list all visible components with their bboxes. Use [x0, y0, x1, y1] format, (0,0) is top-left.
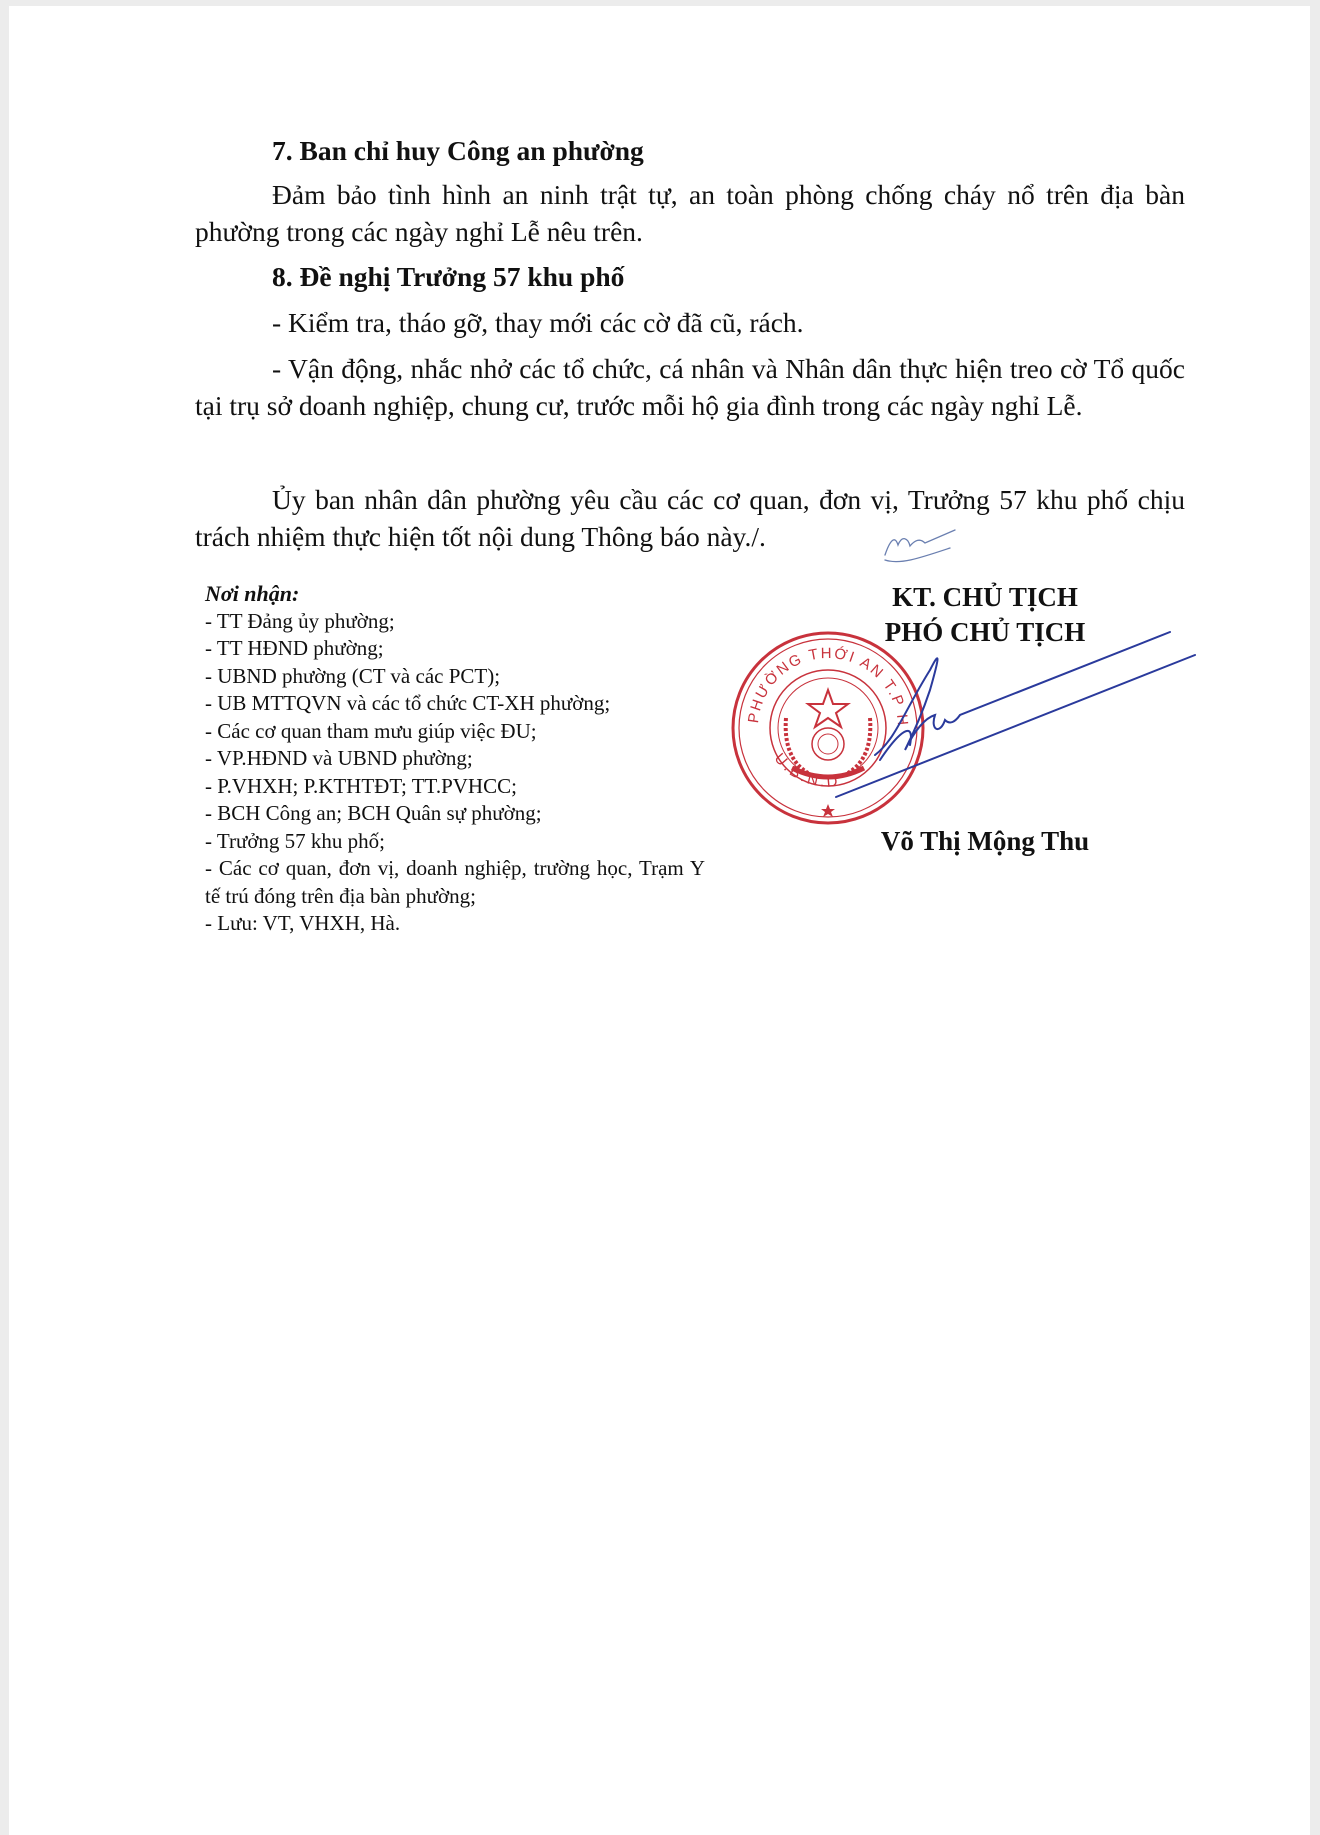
section-8-item-2: - Vận động, nhắc nhở các tổ chức, cá nhâ…	[195, 350, 1185, 424]
signature-title-1: KT. CHỦ TỊCH	[800, 580, 1170, 615]
section-8-item-1: - Kiểm tra, tháo gỡ, thay mới các cờ đã …	[195, 304, 1185, 341]
closing-paragraph: Ủy ban nhân dân phường yêu cầu các cơ qu…	[195, 481, 1185, 555]
recipient-item: - Các cơ quan, đơn vị, doanh nghiệp, trư…	[205, 855, 705, 910]
section-7-paragraph: Đảm bảo tình hình an ninh trật tự, an to…	[195, 176, 1185, 250]
recipient-item: - VP.HĐND và UBND phường;	[205, 745, 710, 773]
signer-name: Võ Thị Mộng Thu	[800, 826, 1170, 857]
recipient-item: - UB MTTQVN và các tổ chức CT-XH phường;	[205, 690, 710, 718]
section-7-heading: 7. Ban chỉ huy Công an phường	[272, 132, 644, 169]
recipient-item: - TT HĐND phường;	[205, 635, 710, 663]
recipient-item: - P.VHXH; P.KTHTĐT; TT.PVHCC;	[205, 773, 710, 801]
recipient-item: - UBND phường (CT và các PCT);	[205, 663, 710, 691]
seal-text-bottom: U.B.N.D	[771, 750, 842, 791]
recipient-item: - Trưởng 57 khu phố;	[205, 828, 710, 856]
svg-text:U.B.N.D: U.B.N.D	[771, 750, 842, 791]
recipient-item: - TT Đảng ủy phường;	[205, 608, 710, 636]
official-seal-icon: PHƯỜNG THỚI AN T.P HỒ CHÍ MINH U.B.N.D	[728, 628, 928, 828]
section-8-heading: 8. Đề nghị Trưởng 57 khu phố	[272, 258, 624, 295]
recipient-item: - Các cơ quan tham mưu giúp việc ĐU;	[205, 718, 710, 746]
recipients-list: Nơi nhận: - TT Đảng ủy phường; - TT HĐND…	[205, 580, 710, 938]
recipient-item: - BCH Công an; BCH Quân sự phường;	[205, 800, 710, 828]
recipients-label: Nơi nhận:	[205, 580, 710, 608]
recipient-item: - Lưu: VT, VHXH, Hà.	[205, 910, 710, 938]
